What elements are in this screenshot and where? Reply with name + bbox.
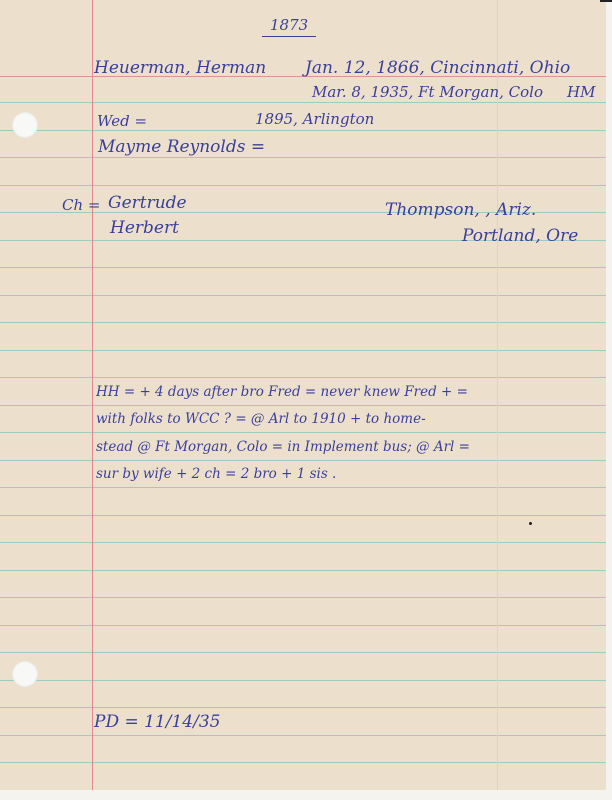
child-name: Herbert: [110, 218, 179, 238]
rule-line: [0, 432, 606, 433]
rule-line: [0, 405, 606, 406]
rule-line: [0, 377, 606, 378]
rule-line: [0, 762, 606, 763]
entry-name: Heuerman, Herman: [94, 58, 266, 78]
child-place: Thompson, , Ariz.: [385, 200, 536, 220]
punch-hole-bottom: [12, 661, 38, 687]
rule-line: [0, 680, 606, 681]
rule-line: [0, 130, 606, 131]
punch-hole-top: [12, 112, 38, 138]
rule-line: [0, 267, 606, 268]
rule-line: [0, 487, 606, 488]
rule-line: [0, 157, 606, 158]
married-date-place: 1895, Arlington: [255, 110, 374, 128]
rule-line: [0, 102, 606, 103]
entry-death: Mar. 8, 1935, Ft Morgan, Colo: [312, 83, 543, 101]
footer-date: PD = 11/14/35: [94, 712, 220, 732]
rule-line: [0, 542, 606, 543]
married-label: Wed =: [97, 112, 147, 130]
children-label: Ch =: [62, 196, 100, 214]
note-line: with folks to WCC ? = @ Arl to 1910 + to…: [96, 411, 426, 427]
note-line: sur by wife + 2 ch = 2 bro + 1 sis .: [96, 466, 336, 482]
rule-line: [0, 707, 606, 708]
note-line: stead @ Ft Morgan, Colo = in Implement b…: [96, 439, 470, 455]
rule-line: [0, 350, 606, 351]
rule-line: [0, 625, 606, 626]
notebook-page: 1873 Heuerman, Herman Jan. 12, 1866, Cin…: [0, 0, 606, 790]
red-margin-line: [92, 0, 93, 790]
rule-line: [0, 570, 606, 571]
faint-guide-line: [497, 0, 498, 790]
rule-line: [0, 460, 606, 461]
page-title: 1873: [262, 16, 316, 37]
entry-birth: Jan. 12, 1866, Cincinnati, Ohio: [305, 58, 570, 78]
ink-dot: [529, 522, 532, 525]
rule-line: [0, 515, 606, 516]
spouse-name: Mayme Reynolds =: [98, 137, 265, 157]
rule-line: [0, 652, 606, 653]
rule-line: [0, 735, 606, 736]
scan-edge-mark: [600, 0, 612, 2]
rule-line: [0, 597, 606, 598]
rule-line: [0, 295, 606, 296]
note-line: HH = + 4 days after bro Fred = never kne…: [96, 384, 468, 400]
child-name: Gertrude: [108, 193, 187, 213]
entry-death-suffix: HM: [567, 83, 595, 101]
child-place: Portland, Ore: [462, 226, 578, 246]
rule-line: [0, 322, 606, 323]
rule-line: [0, 185, 606, 186]
